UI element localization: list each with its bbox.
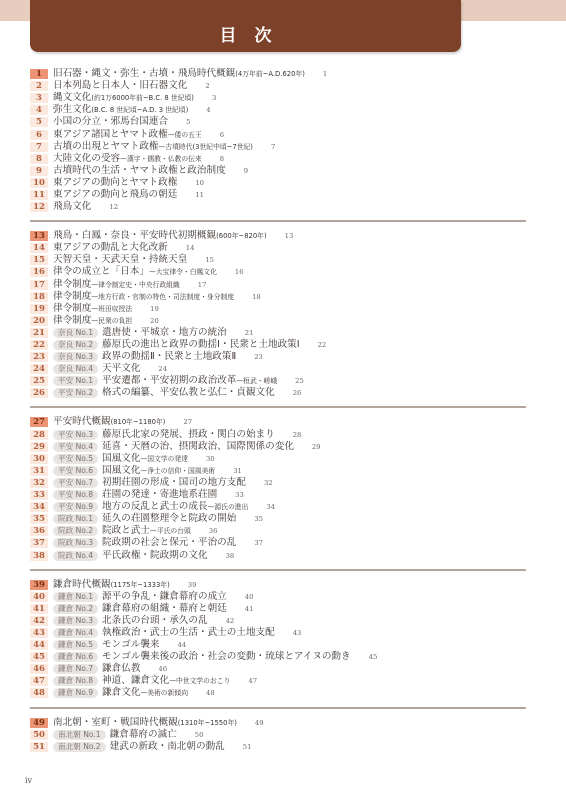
toc-entry[interactable]: 23奈良 No.3政界の動揺Ⅱ・民衆と土地政策Ⅱ23: [30, 351, 530, 363]
chapter-number: 26: [30, 388, 48, 398]
toc-entry[interactable]: 11東アジアの動向と飛鳥の朝廷11: [30, 189, 530, 201]
page-number: 17: [198, 279, 207, 291]
page-number: 10: [195, 177, 204, 189]
toc-entry[interactable]: 25平安 No.1平安遷都・平安初期の政治改革—桓武・嵯峨25: [30, 375, 530, 387]
title-banner: 目次: [30, 0, 461, 52]
toc-entry[interactable]: 3縄文文化(約1万6000年前~B.C. 8 世紀頃)3: [30, 92, 530, 104]
entry-title: 弥生文化: [53, 104, 91, 116]
section-divider: [30, 569, 526, 571]
entry-subtitle: —中世文学のおこり: [169, 675, 230, 687]
page-number: 50: [195, 729, 204, 741]
chapter-number: 51: [30, 742, 48, 752]
page-number: 33: [235, 489, 244, 501]
chapter-number: 9: [30, 166, 48, 176]
era-tag: 鎌倉 No.2: [53, 604, 98, 614]
chapter-number: 31: [30, 466, 48, 476]
toc-section: 27平安時代概観(810年~1180年)2728平安 No.3藤原氏北家の発展、…: [30, 416, 530, 561]
toc-entry[interactable]: 19律令制度—班田収授法19: [30, 303, 530, 315]
toc-entry[interactable]: 28平安 No.3藤原氏北家の発展、摂政・関白の始まり28: [30, 429, 530, 441]
toc-entry[interactable]: 46鎌倉 No.7鎌倉仏教46: [30, 663, 530, 675]
era-tag: 平安 No.3: [53, 430, 98, 440]
chapter-number: 50: [30, 730, 48, 740]
toc-entry[interactable]: 35院政 No.1延久の荘園整理令と院政の開始35: [30, 513, 530, 525]
toc-entry[interactable]: 29平安 No.4延喜・天暦の治、摂関政治、国際関係の変化29: [30, 441, 530, 453]
entry-title: 平安時代概観: [53, 416, 111, 428]
toc-entry[interactable]: 8大陸文化の受容—漢字・儒教・仏教の伝来8: [30, 153, 530, 165]
toc-section: 1旧石器・縄文・弥生・古墳・飛鳥時代概観(4万年前~A.D.620年)12日本列…: [30, 68, 530, 213]
chapter-number: 46: [30, 664, 48, 674]
chapter-number: 21: [30, 328, 48, 338]
toc-entry[interactable]: 14東アジアの動乱と大化改新14: [30, 242, 530, 254]
entry-title: 飛鳥文化: [53, 201, 91, 213]
page-number: 47: [248, 675, 257, 687]
page-number: 38: [226, 550, 235, 562]
entry-subtitle: (約1万6000年前~B.C. 8 世紀頃): [91, 92, 194, 104]
page-number: 3: [212, 92, 216, 104]
chapter-number: 7: [30, 142, 48, 152]
page-number: 51: [243, 741, 252, 753]
toc-entry[interactable]: 27平安時代概観(810年~1180年)27: [30, 416, 530, 428]
toc-entry[interactable]: 32平安 No.7初期荘園の形成・国司の地方支配32: [30, 477, 530, 489]
toc-entry[interactable]: 20律令制度—民衆の負担20: [30, 315, 530, 327]
entry-title: 執権政治・武士の生活・武士の土地支配: [102, 627, 275, 639]
toc-entry[interactable]: 40鎌倉 No.1源平の争乱・鎌倉幕府の成立40: [30, 591, 530, 603]
entry-title: 律令制度: [53, 315, 91, 327]
chapter-number: 8: [30, 154, 48, 164]
page-folio: iv: [25, 776, 32, 785]
page-number: 27: [183, 416, 192, 428]
era-tag: 南北朝 No.2: [53, 742, 106, 752]
toc-entry[interactable]: 1旧石器・縄文・弥生・古墳・飛鳥時代概観(4万年前~A.D.620年)1: [30, 68, 530, 80]
era-tag: 院政 No.1: [53, 514, 98, 524]
chapter-number: 43: [30, 628, 48, 638]
page-number: 36: [209, 525, 218, 537]
entry-subtitle: (1175年~1333年): [111, 579, 170, 591]
toc-entry[interactable]: 30平安 No.5国風文化—国文学の発達30: [30, 453, 530, 465]
toc-section: 39鎌倉時代概観(1175年~1333年)3940鎌倉 No.1源平の争乱・鎌倉…: [30, 579, 530, 700]
chapter-number: 32: [30, 478, 48, 488]
chapter-overview-number: 13: [30, 231, 48, 241]
era-tag: 鎌倉 No.4: [53, 628, 98, 638]
page-number: 4: [206, 104, 210, 116]
toc-entry[interactable]: 12飛鳥文化12: [30, 201, 530, 213]
page-number: 42: [226, 615, 235, 627]
toc-entry[interactable]: 45鎌倉 No.6モンゴル襲来後の政治・社会の変動・琉球とアイヌの動き45: [30, 651, 530, 663]
entry-subtitle: (B.C. 8 世紀頃~A.D. 3 世紀頃): [91, 104, 188, 116]
entry-title: 東アジアの動向と飛鳥の朝廷: [53, 189, 177, 201]
entry-subtitle: —古墳時代(3世紀中頃~7世紀): [159, 141, 253, 153]
toc-entry[interactable]: 47鎌倉 No.8神道、鎌倉文化—中世文学のおこり47: [30, 675, 530, 687]
entry-subtitle: (600年~820年): [216, 230, 267, 242]
page-title: 目次: [202, 21, 290, 46]
chapter-number: 11: [30, 190, 48, 200]
entry-title: 院政期の社会と保元・平治の乱: [102, 537, 236, 549]
page-number: 5: [186, 116, 190, 128]
era-tag: 平安 No.1: [53, 376, 98, 386]
page-number: 45: [369, 651, 378, 663]
page-number: 37: [254, 537, 263, 549]
entry-title: 国風文化: [102, 453, 140, 465]
era-tag: 平安 No.5: [53, 454, 98, 464]
entry-title: 藤原氏の進出と政界の動揺Ⅰ・民衆と土地政策Ⅰ: [102, 339, 300, 351]
chapter-number: 16: [30, 267, 48, 277]
entry-title: 東アジアの動向とヤマト政権: [53, 177, 177, 189]
era-tag: 鎌倉 No.3: [53, 616, 98, 626]
entry-title: 延久の荘園整理令と院政の開始: [102, 513, 236, 525]
era-tag: 奈良 No.4: [53, 364, 98, 374]
page-number: 40: [245, 591, 254, 603]
chapter-number: 29: [30, 442, 48, 452]
toc-entry[interactable]: 33平安 No.8荘園の発達・寄進地系荘園33: [30, 489, 530, 501]
page-number: 12: [109, 201, 118, 213]
era-tag: 鎌倉 No.5: [53, 640, 98, 650]
chapter-number: 36: [30, 526, 48, 536]
entry-title: 鎌倉幕府の組織・幕府と朝廷: [102, 603, 227, 615]
era-tag: 鎌倉 No.8: [53, 676, 98, 686]
chapter-number: 28: [30, 430, 48, 440]
entry-title: 院政と武士: [102, 525, 150, 537]
chapter-number: 3: [30, 93, 48, 103]
era-tag: 奈良 No.3: [53, 352, 98, 362]
toc-entry[interactable]: 38院政 No.4平氏政権・院政期の文化38: [30, 549, 530, 561]
entry-title: 荘園の発達・寄進地系荘園: [102, 489, 217, 501]
section-divider: [30, 220, 526, 222]
era-tag: 鎌倉 No.6: [53, 652, 98, 662]
toc-entry[interactable]: 43鎌倉 No.4執権政治・武士の生活・武士の土地支配43: [30, 627, 530, 639]
entry-subtitle: —律令制定史・中央行政組織: [91, 279, 179, 291]
page-number: 25: [295, 375, 304, 387]
page-number: 1: [323, 68, 327, 80]
page-number: 23: [254, 351, 263, 363]
toc-entry[interactable]: 5小国の分立・邪馬台国連合5: [30, 116, 530, 128]
page-number: 13: [285, 230, 294, 242]
entry-title: 古墳の出現とヤマト政権: [53, 141, 159, 153]
page-number: 22: [318, 339, 327, 351]
entry-subtitle: (810年~1180年): [111, 416, 166, 428]
page-number: 34: [266, 501, 275, 513]
era-tag: 平安 No.4: [53, 442, 98, 452]
era-tag: 平安 No.7: [53, 478, 98, 488]
entry-title: 国風文化: [102, 465, 140, 477]
page-number: 18: [252, 291, 261, 303]
entry-title: 律令制度: [53, 291, 91, 303]
toc-entry[interactable]: 34平安 No.9地方の反乱と武士の成長—源氏の進出34: [30, 501, 530, 513]
era-tag: 奈良 No.1: [53, 328, 98, 338]
entry-subtitle: (4万年前~A.D.620年): [235, 68, 305, 80]
page-number: 11: [195, 189, 204, 201]
toc-entry[interactable]: 42鎌倉 No.3北条氏の台頭・承久の乱42: [30, 615, 530, 627]
entry-title: 鎌倉時代概観: [53, 579, 111, 591]
page-number: 20: [150, 315, 159, 327]
entry-title: 飛鳥・白鳳・奈良・平安時代初期概観: [53, 230, 216, 242]
toc-entry[interactable]: 7古墳の出現とヤマト政権—古墳時代(3世紀中頃~7世紀)7: [30, 141, 530, 153]
era-tag: 南北朝 No.1: [53, 730, 106, 740]
chapter-number: 17: [30, 280, 48, 290]
section-divider: [30, 707, 526, 709]
entry-title: 古墳時代の生活・ヤマト政権と政治制度: [53, 165, 226, 177]
chapter-number: 22: [30, 340, 48, 350]
era-tag: 院政 No.3: [53, 538, 98, 548]
era-tag: 鎌倉 No.7: [53, 664, 98, 674]
entry-title: 地方の反乱と武士の成長: [102, 501, 208, 513]
chapter-number: 23: [30, 352, 48, 362]
toc-entry[interactable]: 17律令制度—律令制定史・中央行政組織17: [30, 279, 530, 291]
entry-title: 藤原氏北家の発展、摂政・関白の始まり: [102, 429, 275, 441]
toc-entry[interactable]: 10東アジアの動向とヤマト政権10: [30, 177, 530, 189]
entry-subtitle: —倭の五王: [168, 129, 202, 141]
chapter-number: 41: [30, 604, 48, 614]
entry-title: 律令制度: [53, 279, 91, 291]
page-number: 21: [245, 327, 254, 339]
entry-subtitle: —班田収授法: [91, 303, 132, 315]
chapter-number: 45: [30, 652, 48, 662]
era-tag: 平安 No.6: [53, 466, 98, 476]
page-number: 49: [255, 717, 264, 729]
chapter-number: 35: [30, 514, 48, 524]
era-tag: 平安 No.2: [53, 388, 98, 398]
toc-entry[interactable]: 18律令制度—地方行政・官制の特色・司法制度・身分制度18: [30, 291, 530, 303]
page-number: 35: [254, 513, 263, 525]
chapter-number: 42: [30, 616, 48, 626]
toc-entry[interactable]: 15天智天皇・天武天皇・持統天皇15: [30, 254, 530, 266]
chapter-number: 10: [30, 178, 48, 188]
chapter-overview-number: 39: [30, 580, 48, 590]
page-number: 44: [178, 639, 187, 651]
page-number: 28: [293, 429, 302, 441]
entry-subtitle: —漢字・儒教・仏教の伝来: [120, 153, 202, 165]
entry-subtitle: (1310年~1550年): [178, 717, 237, 729]
page-number: 32: [264, 477, 273, 489]
toc-entry[interactable]: 37院政 No.3院政期の社会と保元・平治の乱37: [30, 537, 530, 549]
entry-subtitle: —桓武・嵯峨: [236, 375, 277, 387]
entry-subtitle: —民衆の負担: [91, 315, 132, 327]
entry-title: 鎌倉仏教: [102, 663, 140, 675]
chapter-number: 18: [30, 292, 48, 302]
entry-title: 日本列島と日本人・旧石器文化: [53, 80, 187, 92]
toc-entry[interactable]: 31平安 No.6国風文化—浄土の信仰・国風美術31: [30, 465, 530, 477]
chapter-number: 19: [30, 304, 48, 314]
era-tag: 院政 No.4: [53, 551, 98, 561]
entry-title: 南北朝・室町・戦国時代概観: [53, 717, 178, 729]
chapter-number: 4: [30, 105, 48, 115]
page-number: 48: [206, 687, 215, 699]
chapter-number: 5: [30, 117, 48, 127]
toc-entry[interactable]: 24奈良 No.4天平文化24: [30, 363, 530, 375]
page-number: 14: [186, 242, 195, 254]
page-number: 6: [220, 129, 224, 141]
toc-section: 13飛鳥・白鳳・奈良・平安時代初期概観(600年~820年)1314東アジアの動…: [30, 230, 530, 399]
toc-entry[interactable]: 48鎌倉 No.9鎌倉文化—美術の新傾向48: [30, 687, 530, 699]
page-number: 24: [158, 363, 167, 375]
page-number: 31: [233, 465, 242, 477]
chapter-number: 48: [30, 688, 48, 698]
chapter-overview-number: 27: [30, 417, 48, 427]
era-tag: 鎌倉 No.9: [53, 688, 98, 698]
entry-title: 平氏政権・院政期の文化: [102, 550, 208, 562]
page-number: 30: [206, 453, 215, 465]
chapter-number: 33: [30, 490, 48, 500]
entry-title: 鎌倉幕府の滅亡: [110, 729, 177, 741]
entry-subtitle: —平氏の台頭: [150, 525, 191, 537]
chapter-number: 12: [30, 202, 48, 212]
entry-subtitle: —源氏の進出: [208, 501, 249, 513]
entry-title: 初期荘園の形成・国司の地方支配: [102, 477, 246, 489]
chapter-number: 37: [30, 538, 48, 548]
toc-entry[interactable]: 26平安 No.2格式の編纂、平安仏教と弘仁・貞観文化26: [30, 387, 530, 399]
page-number: 43: [293, 627, 302, 639]
toc-entry[interactable]: 50南北朝 No.1鎌倉幕府の滅亡50: [30, 729, 530, 741]
chapter-number: 25: [30, 376, 48, 386]
page-number: 41: [245, 603, 254, 615]
entry-title: 建武の新政・南北朝の動乱: [110, 741, 225, 753]
chapter-number: 14: [30, 243, 48, 253]
toc-entry[interactable]: 4弥生文化(B.C. 8 世紀頃~A.D. 3 世紀頃)4: [30, 104, 530, 116]
page-number: 29: [312, 441, 321, 453]
era-tag: 院政 No.2: [53, 526, 98, 536]
page-number: 39: [188, 579, 197, 591]
entry-subtitle: —美術の新傾向: [140, 687, 188, 699]
toc-entry[interactable]: 36院政 No.2院政と武士—平氏の台頭36: [30, 525, 530, 537]
entry-title: 源平の争乱・鎌倉幕府の成立: [102, 591, 227, 603]
entry-title: 律令の成立と「日本」: [53, 266, 149, 278]
toc-entry[interactable]: 49南北朝・室町・戦国時代概観(1310年~1550年)49: [30, 717, 530, 729]
page-number: 9: [244, 165, 248, 177]
page-number: 15: [205, 254, 214, 266]
chapter-number: 38: [30, 551, 48, 561]
entry-title: 縄文文化: [53, 92, 91, 104]
entry-title: 小国の分立・邪馬台国連合: [53, 116, 168, 128]
entry-subtitle: —浄土の信仰・国風美術: [140, 465, 215, 477]
entry-subtitle: —国文学の発達: [140, 453, 188, 465]
entry-title: モンゴル襲来後の政治・社会の変動・琉球とアイヌの動き: [102, 651, 351, 663]
entry-title: 旧石器・縄文・弥生・古墳・飛鳥時代概観: [53, 68, 235, 80]
entry-title: 平安遷都・平安初期の政治改革: [102, 375, 236, 387]
chapter-number: 20: [30, 316, 48, 326]
toc-entry[interactable]: 13飛鳥・白鳳・奈良・平安時代初期概観(600年~820年)13: [30, 230, 530, 242]
entry-title: 北条氏の台頭・承久の乱: [102, 615, 208, 627]
page-number: 16: [235, 266, 244, 278]
entry-subtitle: —地方行政・官制の特色・司法制度・身分制度: [91, 291, 234, 303]
entry-title: 天智天皇・天武天皇・持統天皇: [53, 254, 187, 266]
section-divider: [30, 406, 526, 408]
era-tag: 平安 No.9: [53, 502, 98, 512]
chapter-number: 15: [30, 255, 48, 265]
chapter-number: 47: [30, 676, 48, 686]
toc-entry[interactable]: 6東アジア諸国とヤマト政権—倭の五王6: [30, 128, 530, 140]
entry-title: 政界の動揺Ⅱ・民衆と土地政策Ⅱ: [102, 351, 236, 363]
chapter-number: 6: [30, 130, 48, 140]
toc-entry[interactable]: 51南北朝 No.2建武の新政・南北朝の動乱51: [30, 741, 530, 753]
page-number: 2: [205, 80, 209, 92]
page-number: 19: [150, 303, 159, 315]
entry-title: 天平文化: [102, 363, 140, 375]
page-number: 26: [293, 387, 302, 399]
toc-entry[interactable]: 39鎌倉時代概観(1175年~1333年)39: [30, 579, 530, 591]
entry-title: 鎌倉文化: [102, 687, 140, 699]
page-number: 7: [271, 141, 275, 153]
chapter-number: 30: [30, 454, 48, 464]
era-tag: 奈良 No.2: [53, 340, 98, 350]
page-number: 46: [158, 663, 167, 675]
toc-entry[interactable]: 9古墳時代の生活・ヤマト政権と政治制度9: [30, 165, 530, 177]
entry-subtitle: —大宝律令・白鳳文化: [149, 266, 217, 278]
era-tag: 平安 No.8: [53, 490, 98, 500]
table-of-contents: 1旧石器・縄文・弥生・古墳・飛鳥時代概観(4万年前~A.D.620年)12日本列…: [30, 68, 530, 753]
entry-title: 格式の編纂、平安仏教と弘仁・貞観文化: [102, 387, 275, 399]
entry-title: 律令制度: [53, 303, 91, 315]
toc-entry[interactable]: 16律令の成立と「日本」—大宝律令・白鳳文化16: [30, 266, 530, 278]
toc-entry[interactable]: 44鎌倉 No.5モンゴル襲来44: [30, 639, 530, 651]
entry-title: 東アジア諸国とヤマト政権: [53, 129, 168, 141]
chapter-number: 24: [30, 364, 48, 374]
toc-entry[interactable]: 41鎌倉 No.2鎌倉幕府の組織・幕府と朝廷41: [30, 603, 530, 615]
entry-title: 遣唐使・平城京・地方の統治: [102, 327, 227, 339]
chapter-number: 40: [30, 592, 48, 602]
toc-entry[interactable]: 22奈良 No.2藤原氏の進出と政界の動揺Ⅰ・民衆と土地政策Ⅰ22: [30, 339, 530, 351]
chapter-overview-number: 1: [30, 69, 48, 79]
entry-title: 東アジアの動乱と大化改新: [53, 242, 168, 254]
page-number: 8: [220, 153, 224, 165]
toc-entry[interactable]: 2日本列島と日本人・旧石器文化2: [30, 80, 530, 92]
chapter-overview-number: 49: [30, 718, 48, 728]
entry-title: 延喜・天暦の治、摂関政治、国際関係の変化: [102, 441, 294, 453]
entry-title: モンゴル襲来: [102, 639, 160, 651]
toc-entry[interactable]: 21奈良 No.1遣唐使・平城京・地方の統治21: [30, 327, 530, 339]
chapter-number: 34: [30, 502, 48, 512]
chapter-number: 44: [30, 640, 48, 650]
era-tag: 鎌倉 No.1: [53, 592, 98, 602]
entry-title: 神道、鎌倉文化: [102, 675, 169, 687]
entry-title: 大陸文化の受容: [53, 153, 120, 165]
chapter-number: 2: [30, 81, 48, 91]
toc-section: 49南北朝・室町・戦国時代概観(1310年~1550年)4950南北朝 No.1…: [30, 717, 530, 753]
